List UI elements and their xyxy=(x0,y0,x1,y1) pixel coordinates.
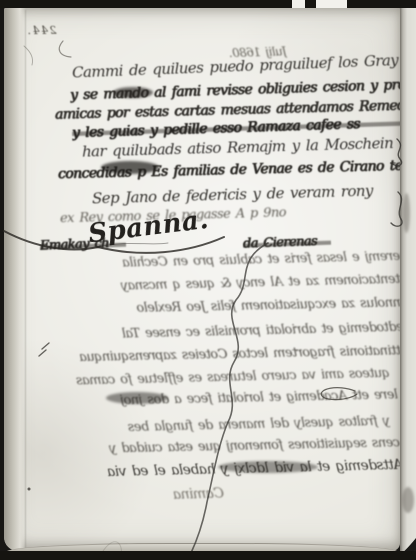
binding-gutter-edge xyxy=(4,7,26,551)
manuscript-scan: 244. Julij 1680. Cammi de quilues puedo … xyxy=(0,0,416,560)
scanner-notch xyxy=(292,0,305,8)
folio-number: 244. xyxy=(26,24,57,38)
manuscript-page xyxy=(4,7,400,551)
gutter-crease-line xyxy=(25,10,26,548)
scanner-band-top xyxy=(0,0,416,8)
neighbour-page-edge xyxy=(400,0,416,560)
scanner-notch xyxy=(316,0,347,8)
scanner-band-bottom xyxy=(0,551,416,560)
